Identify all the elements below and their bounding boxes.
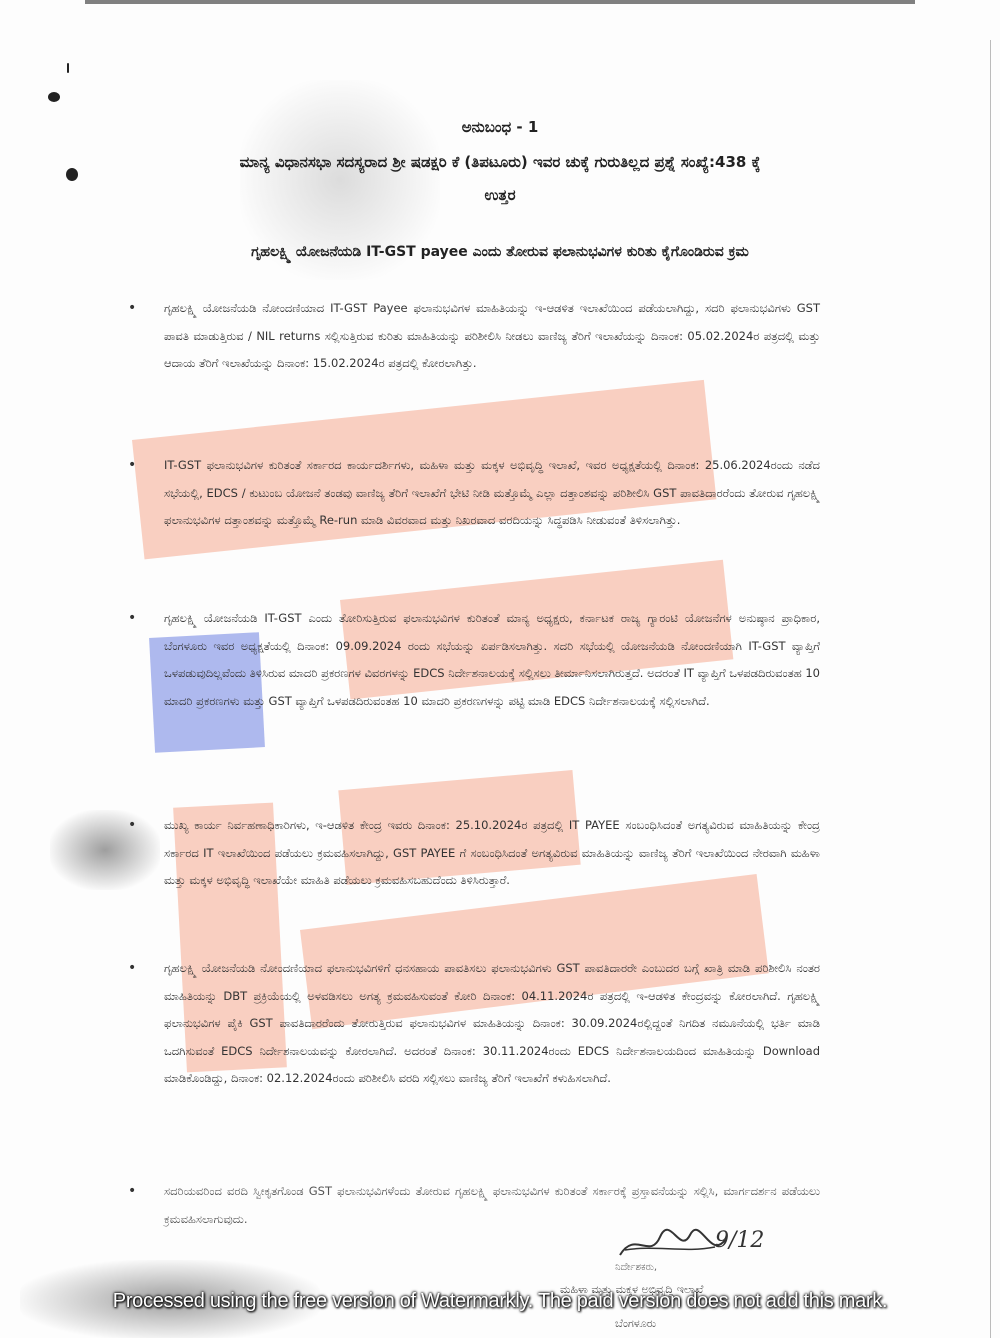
section-subheading: ಗೃಹಲಕ್ಷ್ಮಿ ಯೋಜನೆಯಡಿ IT-GST payee ಎಂದು ತೋ… bbox=[0, 244, 1000, 260]
bullet-icon: • bbox=[128, 452, 136, 480]
annex-label: ಅನುಬಂಧ - 1 bbox=[0, 118, 1000, 136]
scan-speck bbox=[48, 92, 60, 102]
title-line-2: ಉತ್ತರ bbox=[0, 186, 1000, 204]
signatory-city: ಬೆಂಗಳೂರು bbox=[615, 1317, 656, 1331]
signatory-designation: ನಿರ್ದೇಶಕರು, bbox=[615, 1262, 657, 1273]
bullet-icon: • bbox=[128, 295, 136, 323]
bullet-item: • ಗೃಹಲಕ್ಷ್ಮಿ ಯೋಜನೆಯಡಿ ನೋಂದಣಿಯಾದ IT-GST P… bbox=[130, 295, 820, 378]
bullet-icon: • bbox=[128, 605, 136, 633]
bullet-item: • ಗೃಹಲಕ್ಷ್ಮಿ ಯೋಜನೆಯಡಿ IT-GST ಎಂದು ತೋರಿಸು… bbox=[130, 605, 820, 715]
signature bbox=[615, 1225, 795, 1265]
scan-top-edge bbox=[85, 0, 915, 4]
bullet-icon: • bbox=[128, 1178, 136, 1206]
bullet-item: • ಗೃಹಲಕ್ಷ್ಮಿ ಯೋಜನೆಯಡಿ ನೋಂದಣಿಯಾದ ಫಲಾನುಭವಿ… bbox=[130, 955, 820, 1093]
title-line-1: ಮಾನ್ಯ ವಿಧಾನಸಭಾ ಸದಸ್ಯರಾದ ಶ್ರೀ ಷಡಕ್ಷರಿ ಕೆ … bbox=[0, 153, 1000, 171]
scan-right-edge bbox=[990, 40, 991, 1338]
document-page: ಅನುಬಂಧ - 1 ಮಾನ್ಯ ವಿಧಾನಸಭಾ ಸದಸ್ಯರಾದ ಶ್ರೀ … bbox=[0, 0, 1000, 1338]
signature-date: 9/12 bbox=[715, 1228, 764, 1253]
scan-speck bbox=[67, 63, 69, 73]
bullet-icon: • bbox=[128, 955, 136, 983]
bullet-item: • IT-GST ಫಲಾನುಭವಿಗಳ ಕುರಿತಂತೆ ಸರ್ಕಾರದ ಕಾರ… bbox=[130, 452, 820, 535]
bullet-item: • ಮುಖ್ಯ ಕಾರ್ಯ ನಿರ್ವಹಣಾಧಿಕಾರಿಗಳು, ಇ-ಆಡಳಿತ… bbox=[130, 812, 820, 895]
bullet-icon: • bbox=[128, 812, 136, 840]
watermark-text: Processed using the free version of Wate… bbox=[0, 1290, 1000, 1313]
